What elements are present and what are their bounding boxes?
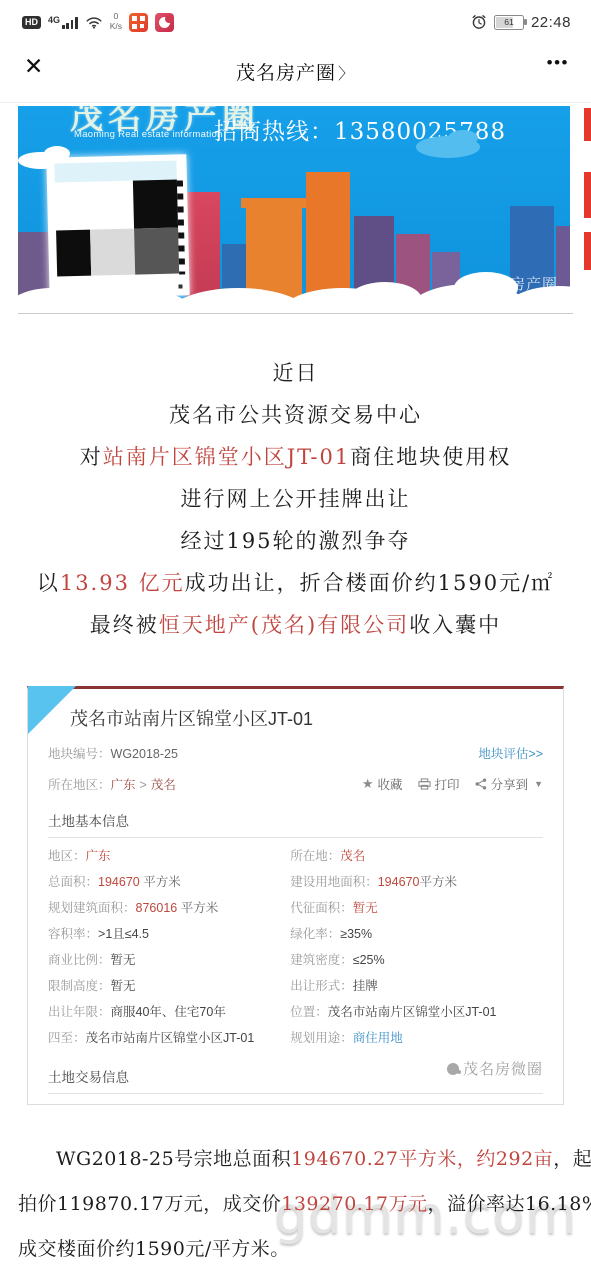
status-left: HD 4G 0K/s [22, 12, 174, 32]
qr-code-card [46, 154, 189, 298]
info-label: 绿化率： [290, 927, 340, 941]
cellular-signal-icon: 4G [48, 16, 78, 29]
info-value: 876016 [136, 901, 178, 915]
signal-bars-icon [62, 17, 78, 29]
article-line: 近日 [0, 352, 591, 394]
plain-text: ，起 [553, 1148, 591, 1170]
info-value: 茂名 [340, 849, 365, 863]
plain-text: 近日 [273, 361, 319, 385]
info-label: 建筑密度： [290, 953, 353, 967]
info-value: 挂牌 [353, 979, 378, 993]
article-line: 经过195轮的激烈争夺 [0, 520, 591, 562]
article-line: 茂名市公共资源交易中心 [0, 394, 591, 436]
article-body: 近日茂名市公共资源交易中心对站南片区锦堂小区JT-01商住地块使用权进行网上公开… [0, 352, 591, 646]
chevron-right-icon: 〉 [338, 64, 355, 83]
info-cell: 出让形式：挂牌 [290, 973, 543, 999]
plain-text: 对 [80, 445, 103, 469]
info-unit: 平方米 [419, 875, 457, 889]
info-cell: 商业比例：暂无 [48, 947, 284, 973]
screen-edge-red-strip [584, 172, 591, 218]
info-value: ≥35% [340, 927, 372, 941]
plain-text: ，溢价率达16.18%， [428, 1193, 591, 1215]
screen-edge-red-strip [584, 108, 591, 141]
print-button[interactable]: 打印 [418, 775, 460, 793]
info-cell: 出让年限：商服40年、住宅70年 [48, 999, 284, 1025]
info-cell: 绿化率：≥35% [290, 921, 543, 947]
caret-down-icon: ▼ [534, 779, 543, 789]
plain-text: 经过195轮的激烈争夺 [180, 529, 410, 553]
article-line: 以13.93 亿元成功出让，折合楼面价约1590元/㎡ [0, 562, 591, 604]
highlighted-text: 194670.27平方米，约292亩 [291, 1148, 553, 1170]
network-speed-indicator: 0K/s [110, 12, 122, 32]
plain-text: 拍价119870.17万元，成交价 [18, 1193, 281, 1215]
info-label: 代征面积： [290, 901, 353, 915]
hd-icon: HD [22, 16, 41, 29]
land-info-card: 已成交 茂名市站南片区锦堂小区JT-01 地块编号：WG2018-25 地块评估… [27, 686, 564, 1105]
banner-image[interactable]: 茂名房产圈 Maoming Real estate information 招商… [18, 106, 570, 310]
region-link-city[interactable]: 茂名 [151, 778, 176, 792]
plain-text: 最终被 [90, 613, 159, 637]
info-cell: 所在地：茂名 [290, 843, 543, 869]
info-label: 四至： [48, 1031, 86, 1045]
evaluate-link[interactable]: 地块评估>> [478, 744, 543, 762]
card-watermark: 茂名房微圈 [447, 1058, 543, 1079]
info-value: 茂名市站南片区锦堂小区JT-01 [328, 1005, 497, 1019]
status-bar: HD 4G 0K/s [0, 0, 591, 38]
battery-indicator: 61 [494, 15, 524, 30]
status-right: 61 22:48 [471, 14, 571, 31]
info-value[interactable]: 商住用地 [353, 1031, 403, 1045]
share-button[interactable]: 分享到 ▼ [475, 775, 543, 793]
info-label: 地区： [48, 849, 86, 863]
screen-edge-red-strip [584, 232, 591, 270]
info-value: 广东 [86, 849, 111, 863]
article-line: 最终被恒天地产(茂名)有限公司收入囊中 [0, 604, 591, 646]
highlighted-text: 13.93 亿元 [60, 571, 185, 595]
info-cell: 位置：茂名市站南片区锦堂小区JT-01 [290, 999, 543, 1025]
favorite-button[interactable]: ★ 收藏 [362, 775, 403, 793]
printer-icon [418, 778, 431, 790]
cloud-shape [448, 130, 478, 146]
info-value: 194670 [378, 875, 420, 889]
info-cell: 容积率：>1且≤4.5 [48, 921, 284, 947]
info-label: 容积率： [48, 927, 98, 941]
region-breadcrumb: 所在地区：广东>茂名 [48, 775, 176, 793]
footer-paragraph: WG2018-25号宗地总面积194670.27平方米，约292亩，起拍价119… [18, 1137, 573, 1272]
info-value: 茂名市站南片区锦堂小区JT-01 [86, 1031, 255, 1045]
divider [18, 313, 573, 314]
clock-time: 22:48 [531, 14, 571, 31]
article-line: 对站南片区锦堂小区JT-01商住地块使用权 [0, 436, 591, 478]
alarm-clock-icon [471, 14, 487, 30]
parcel-number: 地块编号：WG2018-25 [48, 744, 178, 762]
plain-text: 商住地块使用权 [350, 445, 511, 469]
notification-app-icon-2 [155, 13, 174, 32]
info-value: 暂无 [111, 979, 136, 993]
info-label: 规划用途： [290, 1031, 353, 1045]
plain-text: 成功出让，折合楼面价约1590元/㎡ [185, 571, 555, 595]
article-line: 进行网上公开挂牌出让 [0, 478, 591, 520]
info-label: 总面积： [48, 875, 98, 889]
info-value: 暂无 [111, 953, 136, 967]
page-title[interactable]: 茂名房产圈〉 [0, 58, 591, 85]
info-value: 194670 [98, 875, 140, 889]
info-cell: 代征面积：暂无 [290, 895, 543, 921]
plain-text: WG2018-25号宗地总面积 [56, 1148, 291, 1170]
plain-text: 以 [37, 571, 60, 595]
info-label: 建设用地面积： [290, 875, 378, 889]
banner-watermark: 茂名房产圈 [460, 273, 558, 294]
region-row: 所在地区：广东>茂名 ★ 收藏 打印 [48, 775, 543, 793]
info-cell: 地区：广东 [48, 843, 284, 869]
watermark-logo-icon [447, 1063, 459, 1075]
notification-app-icon [129, 13, 148, 32]
breadcrumb-separator: > [140, 778, 147, 792]
highlighted-text: 139270.17万元 [281, 1193, 427, 1215]
info-cell: 建筑密度：≤25% [290, 947, 543, 973]
share-icon [475, 778, 487, 790]
status-ribbon: 已成交 [28, 686, 76, 734]
info-cell: 总面积：194670 平方米 [48, 869, 284, 895]
phone-screen: HD 4G 0K/s [0, 0, 591, 1280]
wechat-article-header: ✕ 茂名房产圈〉 ••• [0, 38, 591, 103]
info-cell: 四至：茂名市站南片区锦堂小区JT-01 [48, 1025, 284, 1051]
plain-text: 茂名市公共资源交易中心 [169, 403, 422, 427]
section-basic-info: 土地基本信息 [48, 810, 543, 838]
footer-line: WG2018-25号宗地总面积194670.27平方米，约292亩，起 [18, 1137, 573, 1182]
parcel-title: 茂名市站南片区锦堂小区JT-01 [70, 705, 543, 731]
footer-line: 拍价119870.17万元，成交价139270.17万元，溢价率达16.18%， [18, 1182, 573, 1227]
plain-text: 收入囊中 [409, 613, 501, 637]
highlighted-text: 站南片区锦堂小区JT-01 [103, 445, 351, 469]
info-label: 规划建筑面积： [48, 901, 136, 915]
info-value: 暂无 [353, 901, 378, 915]
info-cell: 建设用地面积：194670平方米 [290, 869, 543, 895]
info-value: ≤25% [353, 953, 385, 967]
parcel-number-row: 地块编号：WG2018-25 地块评估>> [48, 744, 543, 762]
section-trade-info: 土地交易信息 茂名房微圈 [48, 1066, 543, 1094]
info-cell: 规划用途：商住用地 [290, 1025, 543, 1051]
info-unit: 平方米 [177, 901, 218, 915]
info-cell: 限制高度：暂无 [48, 973, 284, 999]
battery-level: 61 [495, 17, 523, 27]
plain-text: 成交楼面价约1590元/平方米。 [18, 1238, 290, 1260]
star-icon: ★ [362, 776, 374, 792]
highlighted-text: 恒天地产(茂名)有限公司 [159, 613, 409, 637]
info-value: >1且≤4.5 [98, 927, 149, 941]
wifi-icon [85, 15, 103, 29]
footer-line: 成交楼面价约1590元/平方米。 [18, 1227, 573, 1272]
region-link-province[interactable]: 广东 [111, 778, 136, 792]
info-value: 商服40年、住宅70年 [111, 1005, 226, 1019]
info-label: 所在地： [290, 849, 340, 863]
info-label: 出让形式： [290, 979, 353, 993]
account-name: 茂名房产圈 [236, 62, 336, 84]
network-type-label: 4G [48, 16, 60, 25]
info-unit: 平方米 [140, 875, 181, 889]
info-label: 商业比例： [48, 953, 111, 967]
banner-logo-subtitle: Maoming Real estate information [74, 129, 223, 140]
basic-info-grid: 地区：广东所在地：茂名总面积：194670 平方米建设用地面积：194670平方… [48, 843, 543, 1051]
watermark-logo-icon [460, 277, 473, 290]
info-label: 限制高度： [48, 979, 111, 993]
info-cell: 规划建筑面积：876016 平方米 [48, 895, 284, 921]
info-label: 出让年限： [48, 1005, 111, 1019]
info-label: 位置： [290, 1005, 328, 1019]
card-actions: ★ 收藏 打印 [362, 775, 543, 793]
more-menu-icon[interactable]: ••• [547, 53, 569, 73]
plain-text: 进行网上公开挂牌出让 [181, 487, 411, 511]
